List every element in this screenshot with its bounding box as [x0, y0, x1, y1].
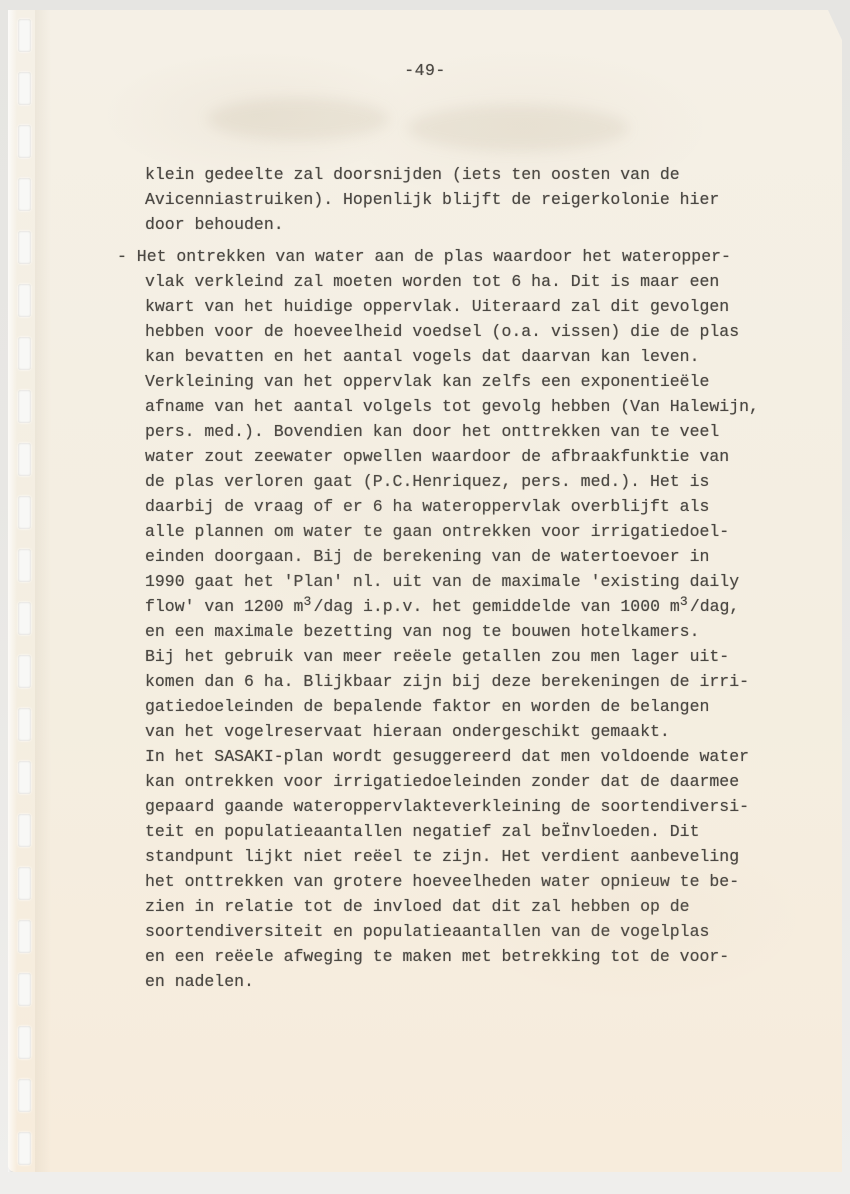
- binding-hole: [18, 1132, 31, 1165]
- text-line: standpunt lijkt niet reëel te zijn. Het …: [145, 844, 805, 869]
- text-line: kan bevatten en het aantal vogels dat da…: [145, 344, 805, 369]
- binding-hole: [18, 708, 31, 741]
- text-line: gepaard gaande wateroppervlakteverkleini…: [145, 794, 805, 819]
- text-line: zien in relatie tot de invloed dat dit z…: [145, 894, 805, 919]
- binding-hole: [18, 19, 31, 52]
- text-line: klein gedeelte zal doorsnijden (iets ten…: [145, 162, 805, 187]
- text-line: - Het ontrekken van water aan de plas wa…: [117, 244, 805, 269]
- scan-backdrop: { "document": { "kind": "scanned-typewri…: [0, 0, 850, 1194]
- binding-hole: [18, 284, 31, 317]
- text-line: en nadelen.: [145, 969, 805, 994]
- binding-hole: [18, 655, 31, 688]
- text-line: kan ontrekken voor irrigatiedoeleinden z…: [145, 769, 805, 794]
- text-line: en een reëele afweging te maken met betr…: [145, 944, 805, 969]
- text-line: en een maximale bezetting van nog te bou…: [145, 619, 805, 644]
- text-line: alle plannen om water te gaan ontrekken …: [145, 519, 805, 544]
- binding-hole: [18, 920, 31, 953]
- text-line: teit en populatieaantallen negatief zal …: [145, 819, 805, 844]
- binding-hole: [18, 443, 31, 476]
- binding-hole: [18, 337, 31, 370]
- binding-hole: [18, 761, 31, 794]
- binding-hole: [18, 1079, 31, 1112]
- binding-hole: [18, 549, 31, 582]
- text-line: komen dan 6 ha. Blijkbaar zijn bij deze …: [145, 669, 805, 694]
- ink-bleed-mark: [408, 105, 628, 151]
- binding-edge: [8, 10, 48, 1172]
- text-line: Verkleining van het oppervlak kan zelfs …: [145, 369, 805, 394]
- binding-hole: [18, 125, 31, 158]
- binding-hole: [18, 390, 31, 423]
- text-line: einden doorgaan. Bij de berekening van d…: [145, 544, 805, 569]
- paragraph: klein gedeelte zal doorsnijden (iets ten…: [145, 162, 805, 237]
- text-line: door behouden.: [145, 212, 805, 237]
- page-number: -49-: [8, 61, 842, 80]
- text-line: hebben voor de hoeveelheid voedsel (o.a.…: [145, 319, 805, 344]
- text-line: 1990 gaat het 'Plan' nl. uit van de maxi…: [145, 569, 805, 594]
- text-line: soortendiversiteit en populatieaantallen…: [145, 919, 805, 944]
- text-line: Avicenniastruiken). Hopenlijk blijft de …: [145, 187, 805, 212]
- binding-hole: [18, 178, 31, 211]
- ink-bleed-mark: [208, 98, 388, 140]
- text-line: het onttrekken van grotere hoeveelheden …: [145, 869, 805, 894]
- text-line: van het vogelreservaat hieraan ondergesc…: [145, 719, 805, 744]
- binding-hole: [18, 231, 31, 264]
- text-line: In het SASAKI-plan wordt gesuggereerd da…: [145, 744, 805, 769]
- binding-hole: [18, 1026, 31, 1059]
- text-line: Bij het gebruik van meer reëele getallen…: [145, 644, 805, 669]
- binding-hole: [18, 867, 31, 900]
- text-line: afname van het aantal volgels tot gevolg…: [145, 394, 805, 419]
- document-page: -49- klein gedeelte zal doorsnijden (iet…: [8, 10, 842, 1172]
- text-line: de plas verloren gaat (P.C.Henriquez, pe…: [145, 469, 805, 494]
- binding-hole: [18, 602, 31, 635]
- binding-hole: [18, 814, 31, 847]
- text-line: pers. med.). Bovendien kan door het ontt…: [145, 419, 805, 444]
- text-line: flow' van 1200 m3/dag i.p.v. het gemidde…: [145, 594, 805, 619]
- text-line: daarbij de vraag of er 6 ha wateroppervl…: [145, 494, 805, 519]
- text-line: gatiedoeleinden de bepalende faktor en w…: [145, 694, 805, 719]
- binding-hole: [18, 496, 31, 529]
- body-text: klein gedeelte zal doorsnijden (iets ten…: [145, 162, 805, 994]
- bullet-paragraph: - Het ontrekken van water aan de plas wa…: [145, 244, 805, 994]
- binding-hole: [18, 973, 31, 1006]
- text-line: kwart van het huidige oppervlak. Uiteraa…: [145, 294, 805, 319]
- text-line: vlak verkleind zal moeten worden tot 6 h…: [145, 269, 805, 294]
- text-line: water zout zeewater opwellen waardoor de…: [145, 444, 805, 469]
